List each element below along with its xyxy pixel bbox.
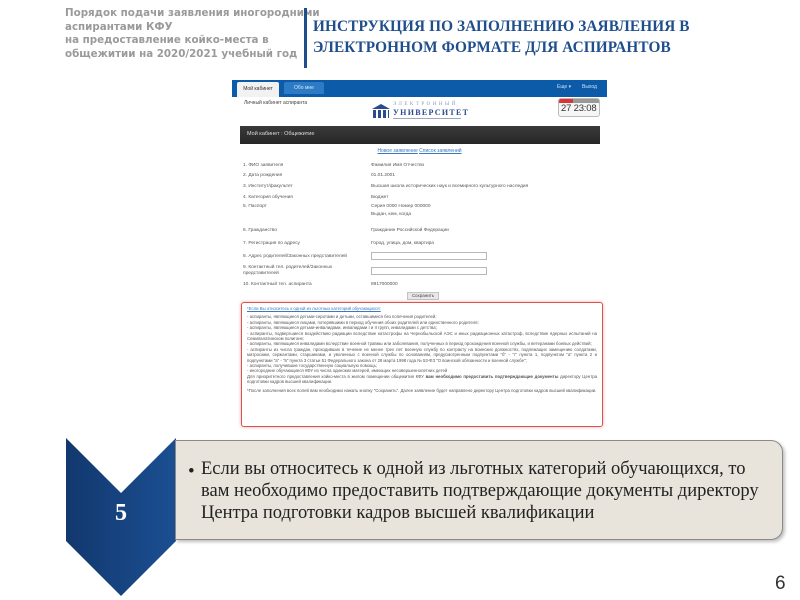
breadcrumb-bar: Мой кабинет : Общежитие	[240, 126, 600, 144]
field-label: 1. ФИО заявителя	[243, 163, 283, 168]
header-divider	[304, 8, 307, 68]
step-number: 5	[66, 500, 176, 527]
bullet-icon: •	[188, 461, 195, 483]
subtitle-line: на предоставление койко-места в	[65, 34, 305, 48]
page-number: 6	[775, 573, 786, 595]
field-value: Город, улица, дом, квартира	[371, 241, 434, 246]
field-value: Гражданин Российской Федерации	[371, 228, 449, 233]
parents-address-input[interactable]	[371, 252, 487, 260]
notice-item: - аспиранты, подвергшиеся воздействию ра…	[247, 331, 597, 342]
portal-top-nav: Мой кабинет Обо мне Еще ▾ Выход	[232, 80, 607, 97]
field-value: Высшая школа исторических наук и всемирн…	[371, 184, 528, 189]
field-label: 10. Контактный тел. аспиранта	[243, 282, 312, 287]
subtitle-line: аспирантами КФУ	[65, 21, 305, 35]
field-label: 8. Адрес родителей/Законных представител…	[243, 254, 347, 259]
university-building-icon	[372, 104, 390, 118]
application-list-link[interactable]: Список заявлений	[419, 148, 461, 154]
cabinet-label: Личный кабинет аспиранта	[244, 100, 307, 106]
logout-link[interactable]: Выход	[582, 84, 597, 90]
field-label: 6. Гражданство	[243, 228, 277, 233]
slide-subtitle: Порядок подачи заявления иногородними ас…	[65, 7, 305, 61]
tab-about-me[interactable]: Обо мне	[284, 82, 324, 94]
field-value: Серия 0000 Номер 000000	[371, 204, 431, 209]
priority-text: Для приоритетного предоставления койко-м…	[247, 374, 597, 385]
university-logo: ЭЛЕКТРОННЫЙ УНИВЕРСИТЕТ	[372, 100, 472, 122]
slide-title: ИНСТРУКЦИЯ ПО ЗАПОЛНЕНИЮ ЗАЯВЛЕНИЯ В ЭЛЕ…	[313, 16, 793, 58]
field-label: 5. Паспорт	[243, 204, 267, 209]
instruction-callout: • Если вы относитесь к одной из льготных…	[175, 440, 783, 540]
field-label: 9. Контактный тел. родителей/Законных	[243, 265, 332, 270]
field-label: 2. Дата рождения	[243, 173, 282, 178]
priority-bold: вам необходимо предоставить подтверждающ…	[426, 374, 559, 379]
subtitle-line: общежитии на 2020/2021 учебный год	[65, 48, 305, 62]
tab-my-cabinet[interactable]: Мой кабинет	[237, 82, 279, 97]
notice-item: - аспиранты из числа граждан, проходивши…	[247, 347, 597, 363]
privileged-categories-notice: *Если Вы относитесь к одной из льготных …	[241, 302, 603, 427]
language-menu[interactable]: Еще ▾	[557, 84, 571, 90]
field-label: 4. Категория обучения	[243, 195, 293, 200]
logo-line2: УНИВЕРСИТЕТ	[393, 108, 469, 117]
breadcrumb: Мой кабинет : Общежитие	[247, 131, 314, 137]
field-value-2: Выдан, кем, когда	[371, 212, 411, 217]
field-value: Фамилия Имя Отчество	[371, 163, 424, 168]
callout-text: Если вы относитесь к одной из льготных к…	[201, 458, 776, 524]
clock-day: 27	[561, 103, 571, 114]
application-links: Новое заявление Список заявлений	[232, 148, 607, 154]
date-time-widget: 27 23:08	[558, 98, 600, 117]
field-label: 3. Институт/факультет	[243, 184, 293, 189]
logo-line1: ЭЛЕКТРОННЫЙ	[393, 102, 458, 107]
parents-phone-input[interactable]	[371, 267, 487, 275]
new-application-link[interactable]: Новое заявление	[377, 148, 417, 154]
portal-screenshot: Мой кабинет Обо мне Еще ▾ Выход Личный к…	[232, 80, 607, 432]
clock-time: 23:08	[574, 103, 597, 114]
field-label-2: представителей	[243, 271, 279, 276]
field-value: 8917000000	[371, 282, 398, 287]
notice-heading[interactable]: *Если Вы относитесь к одной из льготных …	[247, 306, 597, 311]
subtitle-line: Порядок подачи заявления иногородними	[65, 7, 305, 21]
footer-note: *После заполнения всех полей вам необход…	[247, 388, 597, 393]
field-label: 7. Регистрация по адресу	[243, 241, 300, 246]
field-value: Бюджет	[371, 195, 388, 200]
field-value: 01.01.2001	[371, 173, 395, 178]
save-button[interactable]: Сохранить	[407, 292, 439, 300]
